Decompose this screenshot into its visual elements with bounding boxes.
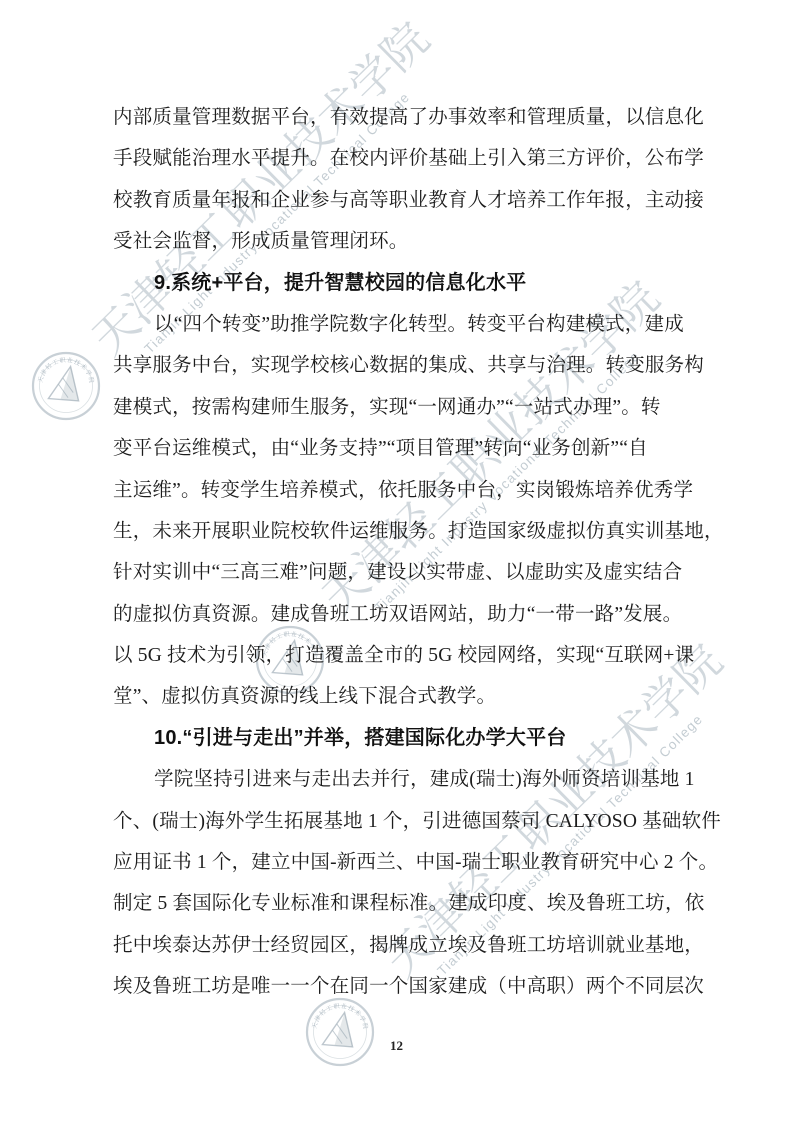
text-line: 受社会监督，形成质量管理闭环。 [113,221,680,262]
document-page: 天津轻工职业技术学院 天津轻工职业技术学院 Tianjin Light Indu… [0,0,793,1122]
text-line: 主运维”。转变学生培养模式，依托服务中台，实岗锻炼培养优秀学 [113,470,680,511]
section-heading-9: 9.系统+平台，提升智慧校园的信息化水平 [113,263,680,304]
text-line: 制定 5 套国际化专业标准和课程标准。建成印度、埃及鲁班工坊，依 [113,883,680,924]
text-line: 校教育质量年报和企业参与高等职业教育人才培养工作年报，主动接 [113,180,680,221]
text-line: 共享服务中台，实现学校核心数据的集成、共享与治理。转变服务构 [113,345,680,386]
text-line: 建模式，按需构建师生服务，实现“一网通办”“一站式办理”。转 [113,387,680,428]
text-line: 变平台运维模式，由“业务支持”“项目管理”转向“业务创新”“自 [113,428,680,469]
text-line: 托中埃泰达苏伊士经贸园区，揭牌成立埃及鲁班工坊培训就业基地， [113,925,680,966]
text-line: 以 5G 技术为引领，打造覆盖全市的 5G 校园网络，实现“互联网+课 [113,635,680,676]
seal-arc-text: 天津轻工职业技术学院 [37,356,96,385]
text-line: 埃及鲁班工坊是唯一一个在同一个国家建成（中高职）两个不同层次 [113,966,680,1007]
text-line: 应用证书 1 个，建立中国-新西兰、中国-瑞士职业教育研究中心 2 个。 [113,842,680,883]
text-line: 堂”、虚拟仿真资源的线上线下混合式教学。 [113,676,680,717]
text-line: 的虚拟仿真资源。建成鲁班工坊双语网站，助力“一带一路”发展。 [113,594,680,635]
text-line: 针对实训中“三高三难”问题，建设以实带虚、以虚助实及虚实结合 [113,552,680,593]
college-seal-icon: 天津轻工职业技术学院 [30,350,102,422]
text-line: 以“四个转变”助推学院数字化转型。转变平台构建模式，建成 [113,304,680,345]
text-line: 内部质量管理数据平台，有效提高了办事效率和管理质量，以信息化 [113,97,680,138]
text-line: 手段赋能治理水平提升。在校内评价基础上引入第三方评价，公布学 [113,138,680,179]
section-heading-10: 10.“引进与走出”并举，搭建国际化办学大平台 [113,718,680,759]
page-number: 12 [0,1038,793,1054]
text-line: 生，未来开展职业院校软件运维服务。打造国家级虚拟仿真实训基地， [113,511,680,552]
svg-text:天津轻工职业技术学院: 天津轻工职业技术学院 [37,356,96,385]
document-content: 内部质量管理数据平台，有效提高了办事效率和管理质量，以信息化 手段赋能治理水平提… [113,97,680,1008]
text-line: 个、(瑞士)海外学生拓展基地 1 个，引进德国蔡司 CALYOSO 基础软件 [113,801,680,842]
text-line: 学院坚持引进来与走出去并行，建成(瑞士)海外师资培训基地 1 [113,759,680,800]
